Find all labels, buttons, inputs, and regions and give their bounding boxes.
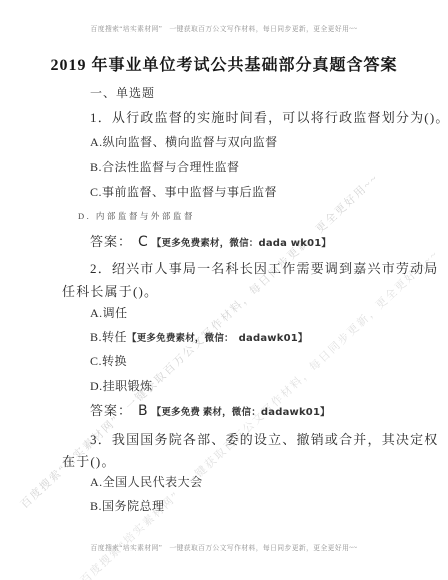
footer-promo-note: 百度搜索“培实素材网” 一键获取百万公文写作材料，每日同步更新，更全更好用~~ — [0, 542, 448, 552]
question-1-option-d: D. 内部监督与外部监督 — [78, 210, 195, 222]
section-heading: 一、单选题 — [90, 84, 155, 101]
option-text: B.转任 — [90, 330, 127, 344]
answer-promo-note: 【更多免费素材，微信：dada wk01】 — [152, 239, 331, 249]
wechat-id: dada wk01 — [259, 238, 322, 249]
question-3-option-a: A.全国人民代表大会 — [90, 473, 203, 490]
wechat-id: dadawk01 — [239, 333, 298, 344]
question-2-option-b: B.转任【更多免费素材，微信： dadawk01】 — [90, 328, 308, 345]
answer-letter: C — [132, 234, 152, 250]
answer-letter: B — [132, 403, 152, 419]
note-prefix: 【更多免费 素材，微信： — [152, 408, 261, 418]
question-1-option-a: A.纵向监督、横向监督与双向监督 — [90, 133, 278, 150]
question-2-option-a: A.调任 — [90, 304, 128, 321]
option-promo-note: 【更多免费素材，微信： dadawk01】 — [127, 334, 308, 344]
question-3-stem-continuation: 在于()。 — [62, 451, 116, 470]
question-1-answer-line: 答案：C【更多免费素材，微信：dada wk01】 — [90, 231, 331, 250]
note-prefix: 【更多免费素材，微信： — [127, 334, 239, 344]
answer-promo-note: 【更多免费 素材，微信：dadawk01】 — [152, 408, 330, 418]
question-2-option-c: C.转换 — [90, 352, 127, 369]
document-page: 百度搜索“培实素材网” 一键获取百万公文写作材料，每日同步更新，更全更好用~~ … — [0, 0, 448, 580]
note-suffix: 】 — [298, 334, 308, 344]
question-2-option-d: D.挂职锻炼 — [90, 377, 153, 394]
note-suffix: 】 — [320, 408, 330, 418]
answer-label: 答案： — [90, 403, 132, 418]
wechat-id: dadawk01 — [261, 407, 320, 418]
page-title: 2019 年事业单位考试公共基础部分真题含答案 — [0, 52, 448, 75]
question-3-stem: 3．我国国务院各部、委的设立、撤销或合并，其决定权 — [90, 429, 439, 448]
question-2-stem: 2．绍兴市人事局一名科长因工作需要调到嘉兴市劳动局 — [90, 258, 439, 277]
header-promo-note: 百度搜索“培实素材网” 一键获取百万公文写作材料，每日同步更新，更全更好用~~ — [0, 23, 448, 33]
answer-label: 答案： — [90, 234, 132, 249]
note-prefix: 【更多免费素材，微信： — [152, 239, 259, 249]
question-3-option-b: B.国务院总理 — [90, 497, 165, 514]
question-1-option-b: B.合法性监督与合理性监督 — [90, 158, 240, 175]
question-2-stem-continuation: 任科长属于()。 — [62, 281, 158, 300]
question-1-stem: 1．从行政监督的实施时间看，可以将行政监督划分为()。 — [90, 107, 448, 126]
note-suffix: 】 — [321, 239, 331, 249]
question-2-answer-line: 答案：B【更多免费 素材，微信：dadawk01】 — [90, 400, 330, 419]
question-1-option-c: C.事前监督、事中监督与事后监督 — [90, 183, 277, 200]
